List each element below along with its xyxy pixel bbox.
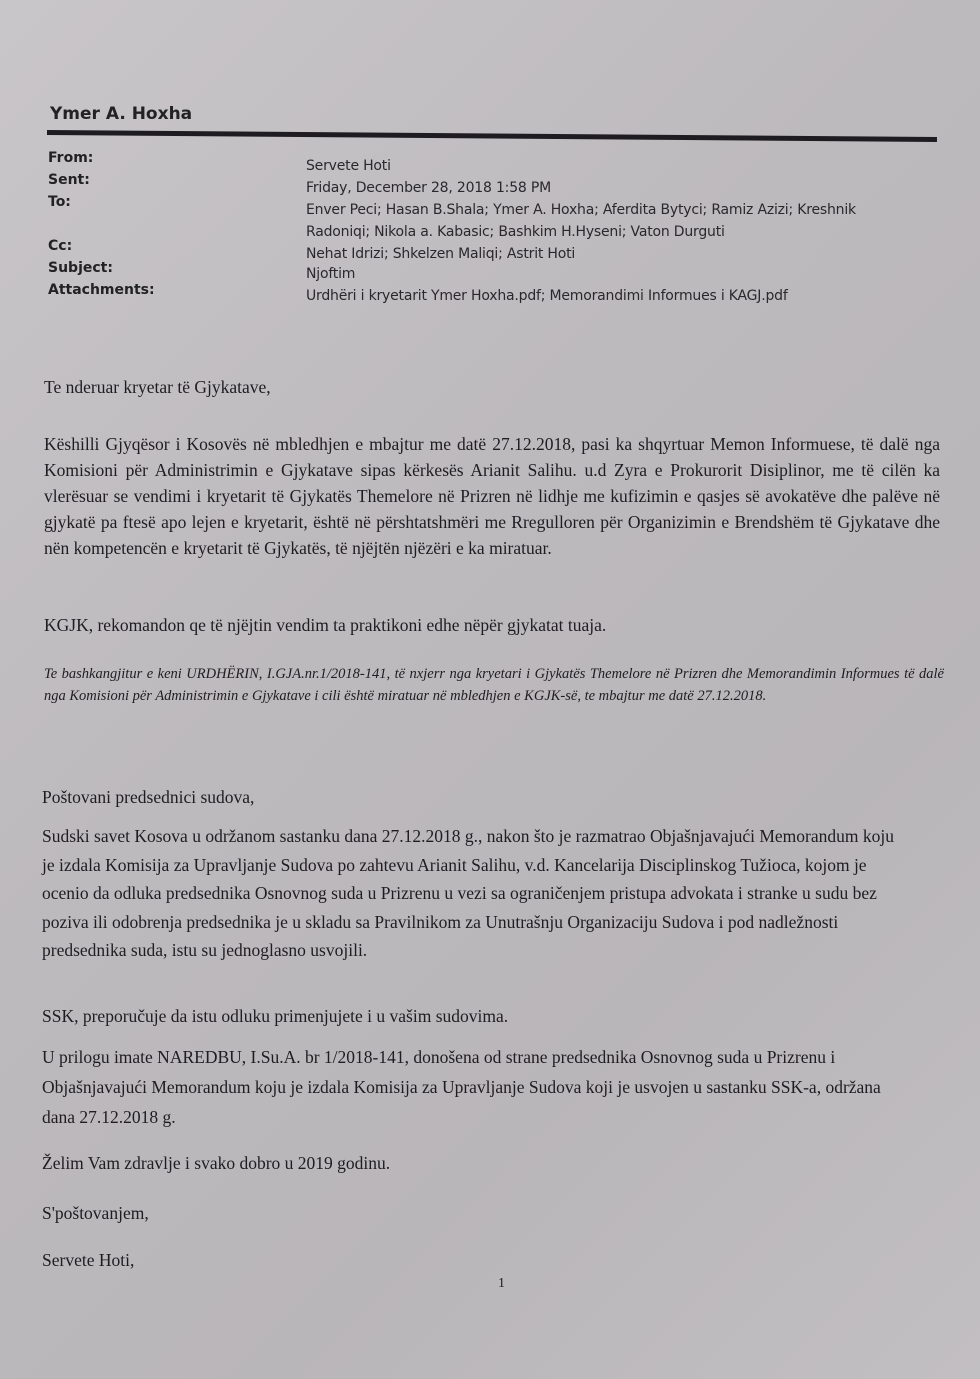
document-page: Ymer A. Hoxha From: Servete Hoti Sent: F…	[0, 0, 980, 1379]
header-divider	[47, 130, 937, 142]
attachments-label: Attachments:	[48, 282, 155, 298]
serbian-paragraph-2: SSK, preporučuje da istu odluku primenju…	[42, 1003, 508, 1029]
signature: Servete Hoti,	[42, 1247, 134, 1273]
subject-value: Njoftim	[306, 266, 355, 282]
albanian-paragraph-1: Këshilli Gjyqësor i Kosovës në mbledhjen…	[44, 431, 940, 561]
serbian-paragraph-3: U prilogu imate NAREDBU, I.Su.A. br 1/20…	[42, 1042, 902, 1132]
cc-value: Nehat Idrizi; Shkelzen Maliqi; Astrit Ho…	[306, 246, 575, 262]
page-number: 1	[498, 1276, 505, 1292]
attachments-value: Urdhëri i kryetarit Ymer Hoxha.pdf; Memo…	[306, 288, 788, 304]
serbian-greeting: Poštovani predsednici sudova,	[42, 784, 254, 810]
serbian-wishes: Želim Vam zdravlje i svako dobro u 2019 …	[42, 1150, 390, 1176]
from-value: Servete Hoti	[306, 158, 391, 174]
albanian-paragraph-2: KGJK, rekomandon qe të njëjtin vendim ta…	[44, 612, 606, 638]
mailbox-owner-name: Ymer A. Hoxha	[50, 104, 192, 124]
to-label: To:	[48, 194, 71, 210]
serbian-paragraph-1: Sudski savet Kosova u održanom sastanku …	[42, 822, 902, 965]
sent-label: Sent:	[48, 172, 90, 188]
to-value-line2: Radoniqi; Nikola a. Kabasic; Bashkim H.H…	[306, 224, 725, 240]
albanian-greeting: Te nderuar kryetar të Gjykatave,	[44, 374, 271, 400]
subject-label: Subject:	[48, 260, 113, 276]
to-value-line1: Enver Peci; Hasan B.Shala; Ymer A. Hoxha…	[306, 202, 856, 218]
from-label: From:	[48, 150, 93, 166]
cc-label: Cc:	[48, 238, 72, 254]
albanian-attachment-note: Te bashkangjitur e keni URDHËRIN, I.GJA.…	[44, 663, 944, 707]
sent-value: Friday, December 28, 2018 1:58 PM	[306, 180, 551, 196]
serbian-closing: S'poštovanjem,	[42, 1200, 149, 1226]
